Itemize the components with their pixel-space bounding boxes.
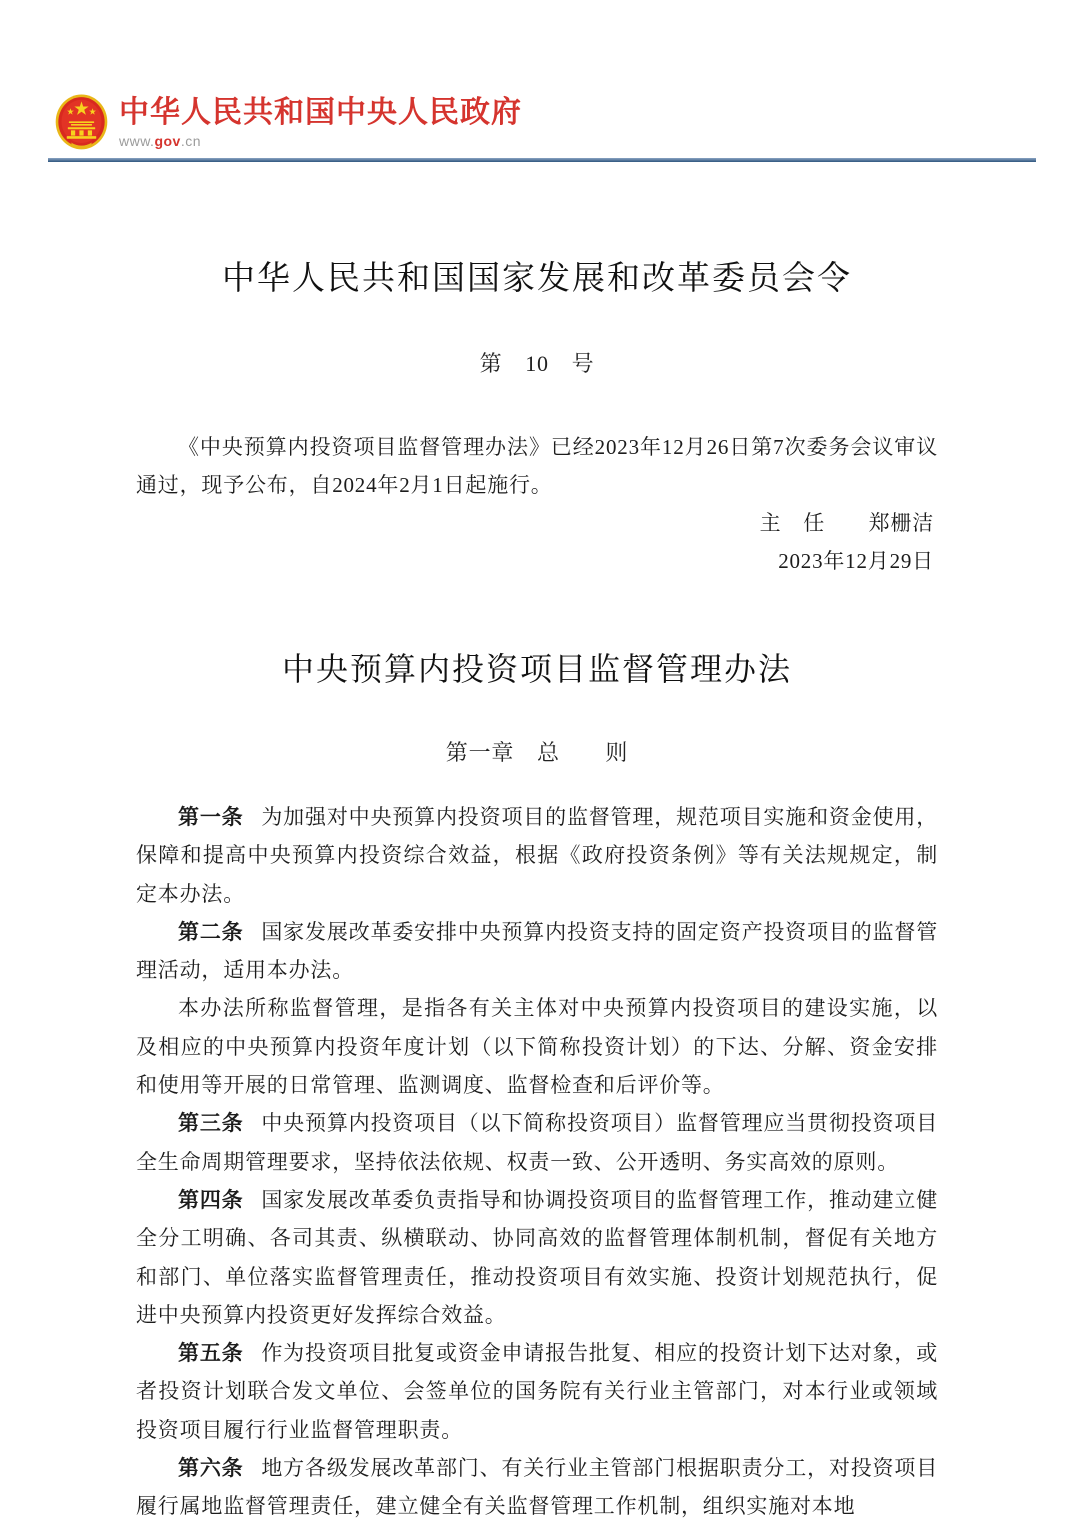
decree-number: 第 10 号 — [136, 347, 938, 378]
site-header: 中华人民共和国中央人民政府 www.gov.cn — [55, 94, 1030, 153]
article-text: 作为投资项目批复或资金申请报告批复、相应的投资计划下达对象，或者投资计划联合发文… — [136, 1341, 938, 1442]
article-text: 国家发展改革委负责指导和协调投资项目的监督管理工作，推动建立健全分工明确、各司其… — [136, 1188, 938, 1327]
article-number: 第二条 — [178, 920, 244, 944]
site-url-www: www. — [119, 133, 154, 149]
law-paragraph: 第五条作为投资项目批复或资金申请报告批复、相应的投资计划下达对象，或者投资计划联… — [136, 1334, 938, 1449]
law-paragraph: 第四条国家发展改革委负责指导和协调投资项目的监督管理工作，推动建立健全分工明确、… — [136, 1181, 938, 1334]
article-text: 地方各级发展改革部门、有关行业主管部门根据职责分工，对投资项目履行属地监督管理责… — [136, 1456, 938, 1518]
national-emblem-icon[interactable] — [55, 94, 108, 153]
signature-block: 主 任 郑栅洁 2023年12月29日 — [136, 504, 938, 580]
article-text: 国家发展改革委安排中央预算内投资支持的固定资产投资项目的监督管理活动，适用本办法… — [136, 920, 938, 982]
header-divider — [48, 158, 1036, 162]
site-url-cn: .cn — [181, 133, 201, 149]
law-paragraph: 第二条国家发展改革委安排中央预算内投资支持的固定资产投资项目的监督管理活动，适用… — [136, 913, 938, 990]
site-name[interactable]: 中华人民共和国中央人民政府 — [119, 96, 522, 130]
article-text: 中央预算内投资项目（以下简称投资项目）监督管理应当贯彻投资项目全生命周期管理要求… — [136, 1111, 938, 1173]
document-body: 中华人民共和国国家发展和改革委员会令 第 10 号 《中央预算内投资项目监督管理… — [136, 252, 938, 1520]
article-text: 为加强对中央预算内投资项目的监督管理，规范项目实施和资金使用，保障和提高中央预算… — [136, 805, 938, 906]
article-number: 第四条 — [178, 1188, 244, 1212]
site-title-block: 中华人民共和国中央人民政府 www.gov.cn — [119, 94, 522, 150]
law-paragraph: 第一条为加强对中央预算内投资项目的监督管理，规范项目实施和资金使用，保障和提高中… — [136, 798, 938, 913]
law-body: 第一条为加强对中央预算内投资项目的监督管理，规范项目实施和资金使用，保障和提高中… — [136, 798, 938, 1520]
decree-title: 中华人民共和国国家发展和改革委员会令 — [136, 252, 938, 299]
article-number: 第六条 — [178, 1456, 244, 1480]
law-paragraph: 本办法所称监督管理，是指各有关主体对中央预算内投资项目的建设实施，以及相应的中央… — [136, 989, 938, 1104]
sign-date: 2023年12月29日 — [136, 542, 938, 580]
law-paragraph: 第六条地方各级发展改革部门、有关行业主管部门根据职责分工，对投资项目履行属地监督… — [136, 1449, 938, 1520]
regulation-title: 中央预算内投资项目监督管理办法 — [136, 644, 938, 690]
signer-line: 主 任 郑栅洁 — [136, 504, 938, 542]
article-number: 第一条 — [178, 805, 244, 829]
site-url[interactable]: www.gov.cn — [119, 132, 522, 150]
page: 中华人民共和国中央人民政府 www.gov.cn 中华人民共和国国家发展和改革委… — [0, 0, 1074, 1520]
chapter-heading: 第一章 总 则 — [136, 736, 938, 767]
article-number: 第五条 — [178, 1341, 244, 1365]
law-paragraph: 第三条中央预算内投资项目（以下简称投资项目）监督管理应当贯彻投资项目全生命周期管… — [136, 1104, 938, 1181]
article-number: 第三条 — [178, 1111, 244, 1135]
article-text: 本办法所称监督管理，是指各有关主体对中央预算内投资项目的建设实施，以及相应的中央… — [136, 996, 938, 1097]
site-url-gov: gov — [154, 133, 180, 149]
decree-preamble: 《中央预算内投资项目监督管理办法》已经2023年12月26日第7次委务会议审议通… — [136, 428, 938, 504]
